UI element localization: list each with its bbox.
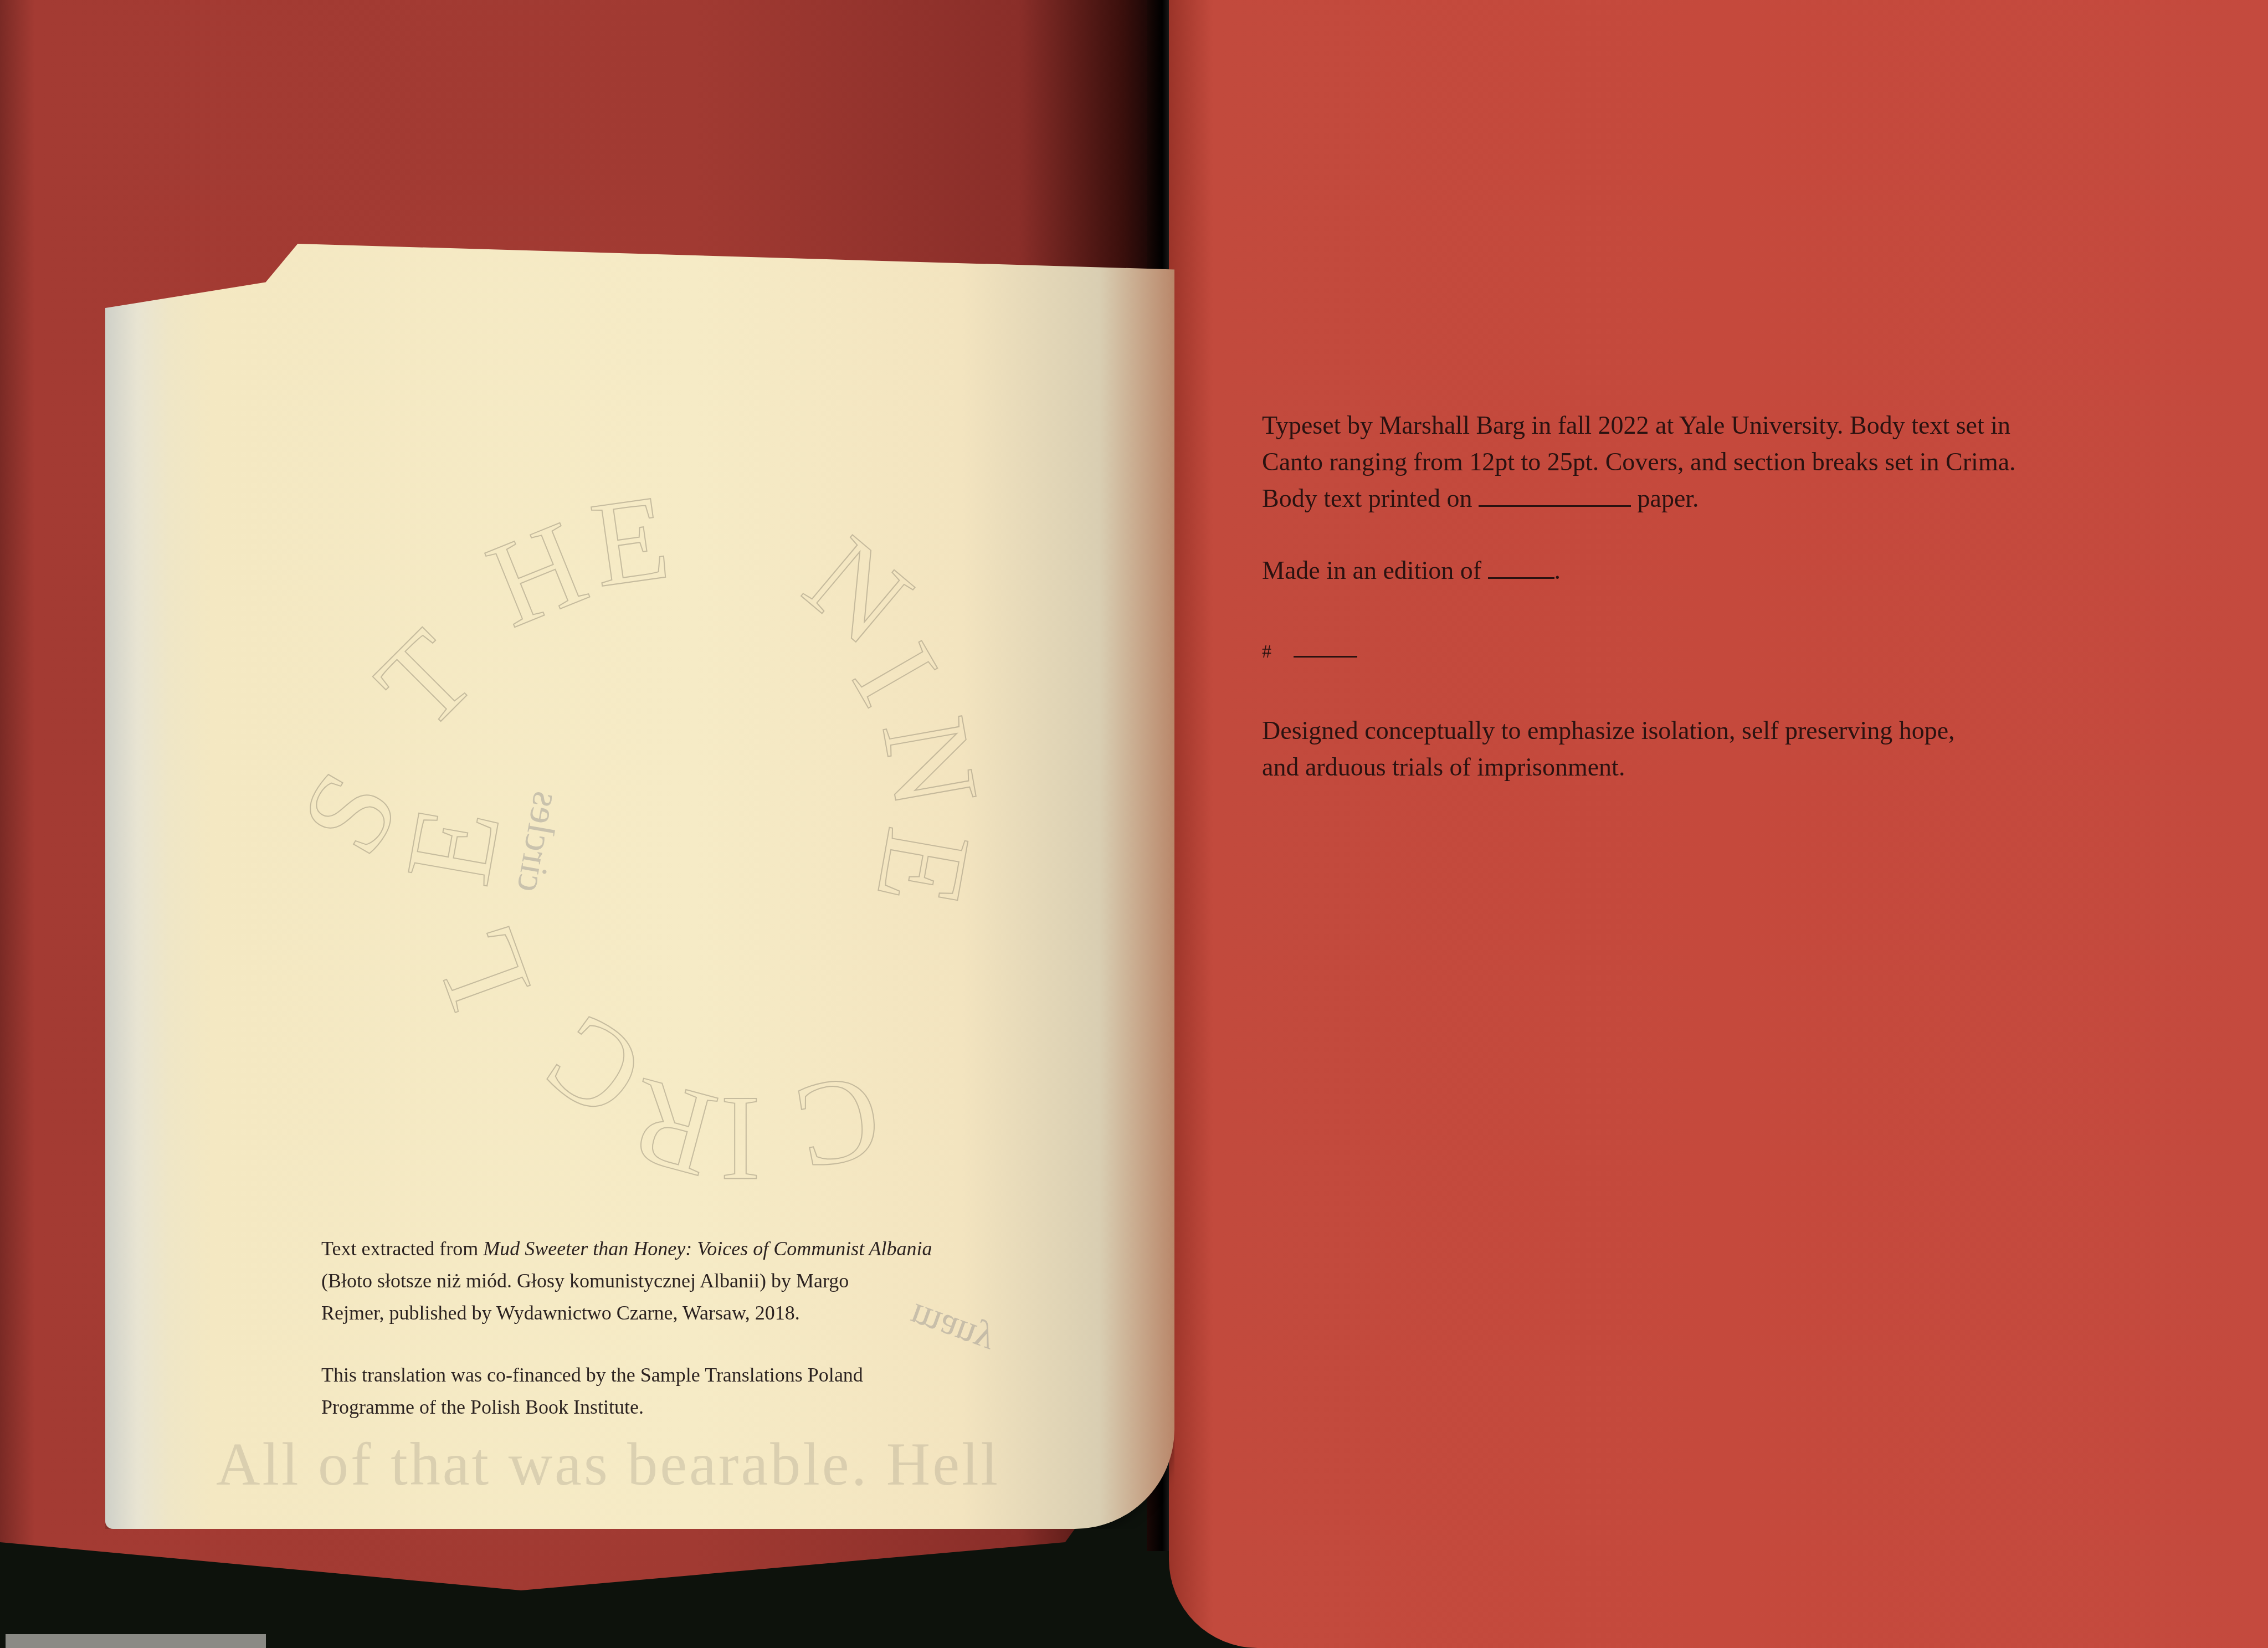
faint-letter: E [583,466,676,615]
scanner-edge [6,1634,266,1648]
book-title: Mud Sweeter than Honey: Voices of Commun… [483,1238,932,1260]
edition-line: Made in an edition of . [1262,552,2126,589]
hash-label: # [1262,641,1271,662]
credit-line-3: Rejmer, published by Wydawnictwo Czarne,… [321,1297,947,1329]
design-line-2: and arduous trials of imprisonment. [1262,749,2126,786]
credit-line-1: Text extracted from Mud Sweeter than Hon… [321,1233,947,1265]
funding-line-2: Programme of the Polish Book Institute. [321,1391,947,1423]
faint-letter: I [720,1069,761,1209]
faint-letter: L [402,908,559,1026]
edition-blank [1488,555,1554,579]
credit-line-2: (Błoto słotsze niż miód. Głosy komunisty… [321,1265,947,1297]
paper-blank [1479,483,1631,507]
number-blank [1294,634,1357,658]
faint-letter: H [470,492,604,655]
colophon-line-2: Canto ranging from 12pt to 25pt. Covers,… [1262,444,2126,480]
faint-letter: C [786,1046,890,1199]
colophon-line-1: Typeset by Marshall Barg in fall 2022 at… [1262,407,2126,444]
design-line-1: Designed conceptually to emphasize isola… [1262,712,2126,749]
show-through-bottom-line: All of that was bearable. Hell [216,1429,1000,1500]
faint-letter: E [848,819,999,916]
credit-block: Text extracted from Mud Sweeter than Hon… [321,1233,947,1423]
right-page [1169,0,2268,1648]
colophon-line-3: Body text printed on paper. [1262,480,2126,517]
funding-line-1: This translation was co-financed by the … [321,1359,947,1391]
faint-letter: N [854,707,1007,818]
colophon: Typeset by Marshall Barg in fall 2022 at… [1262,407,2126,786]
show-through-title: T H E N I N E C I R C L E S [388,432,997,1208]
number-line: # [1262,631,2126,670]
